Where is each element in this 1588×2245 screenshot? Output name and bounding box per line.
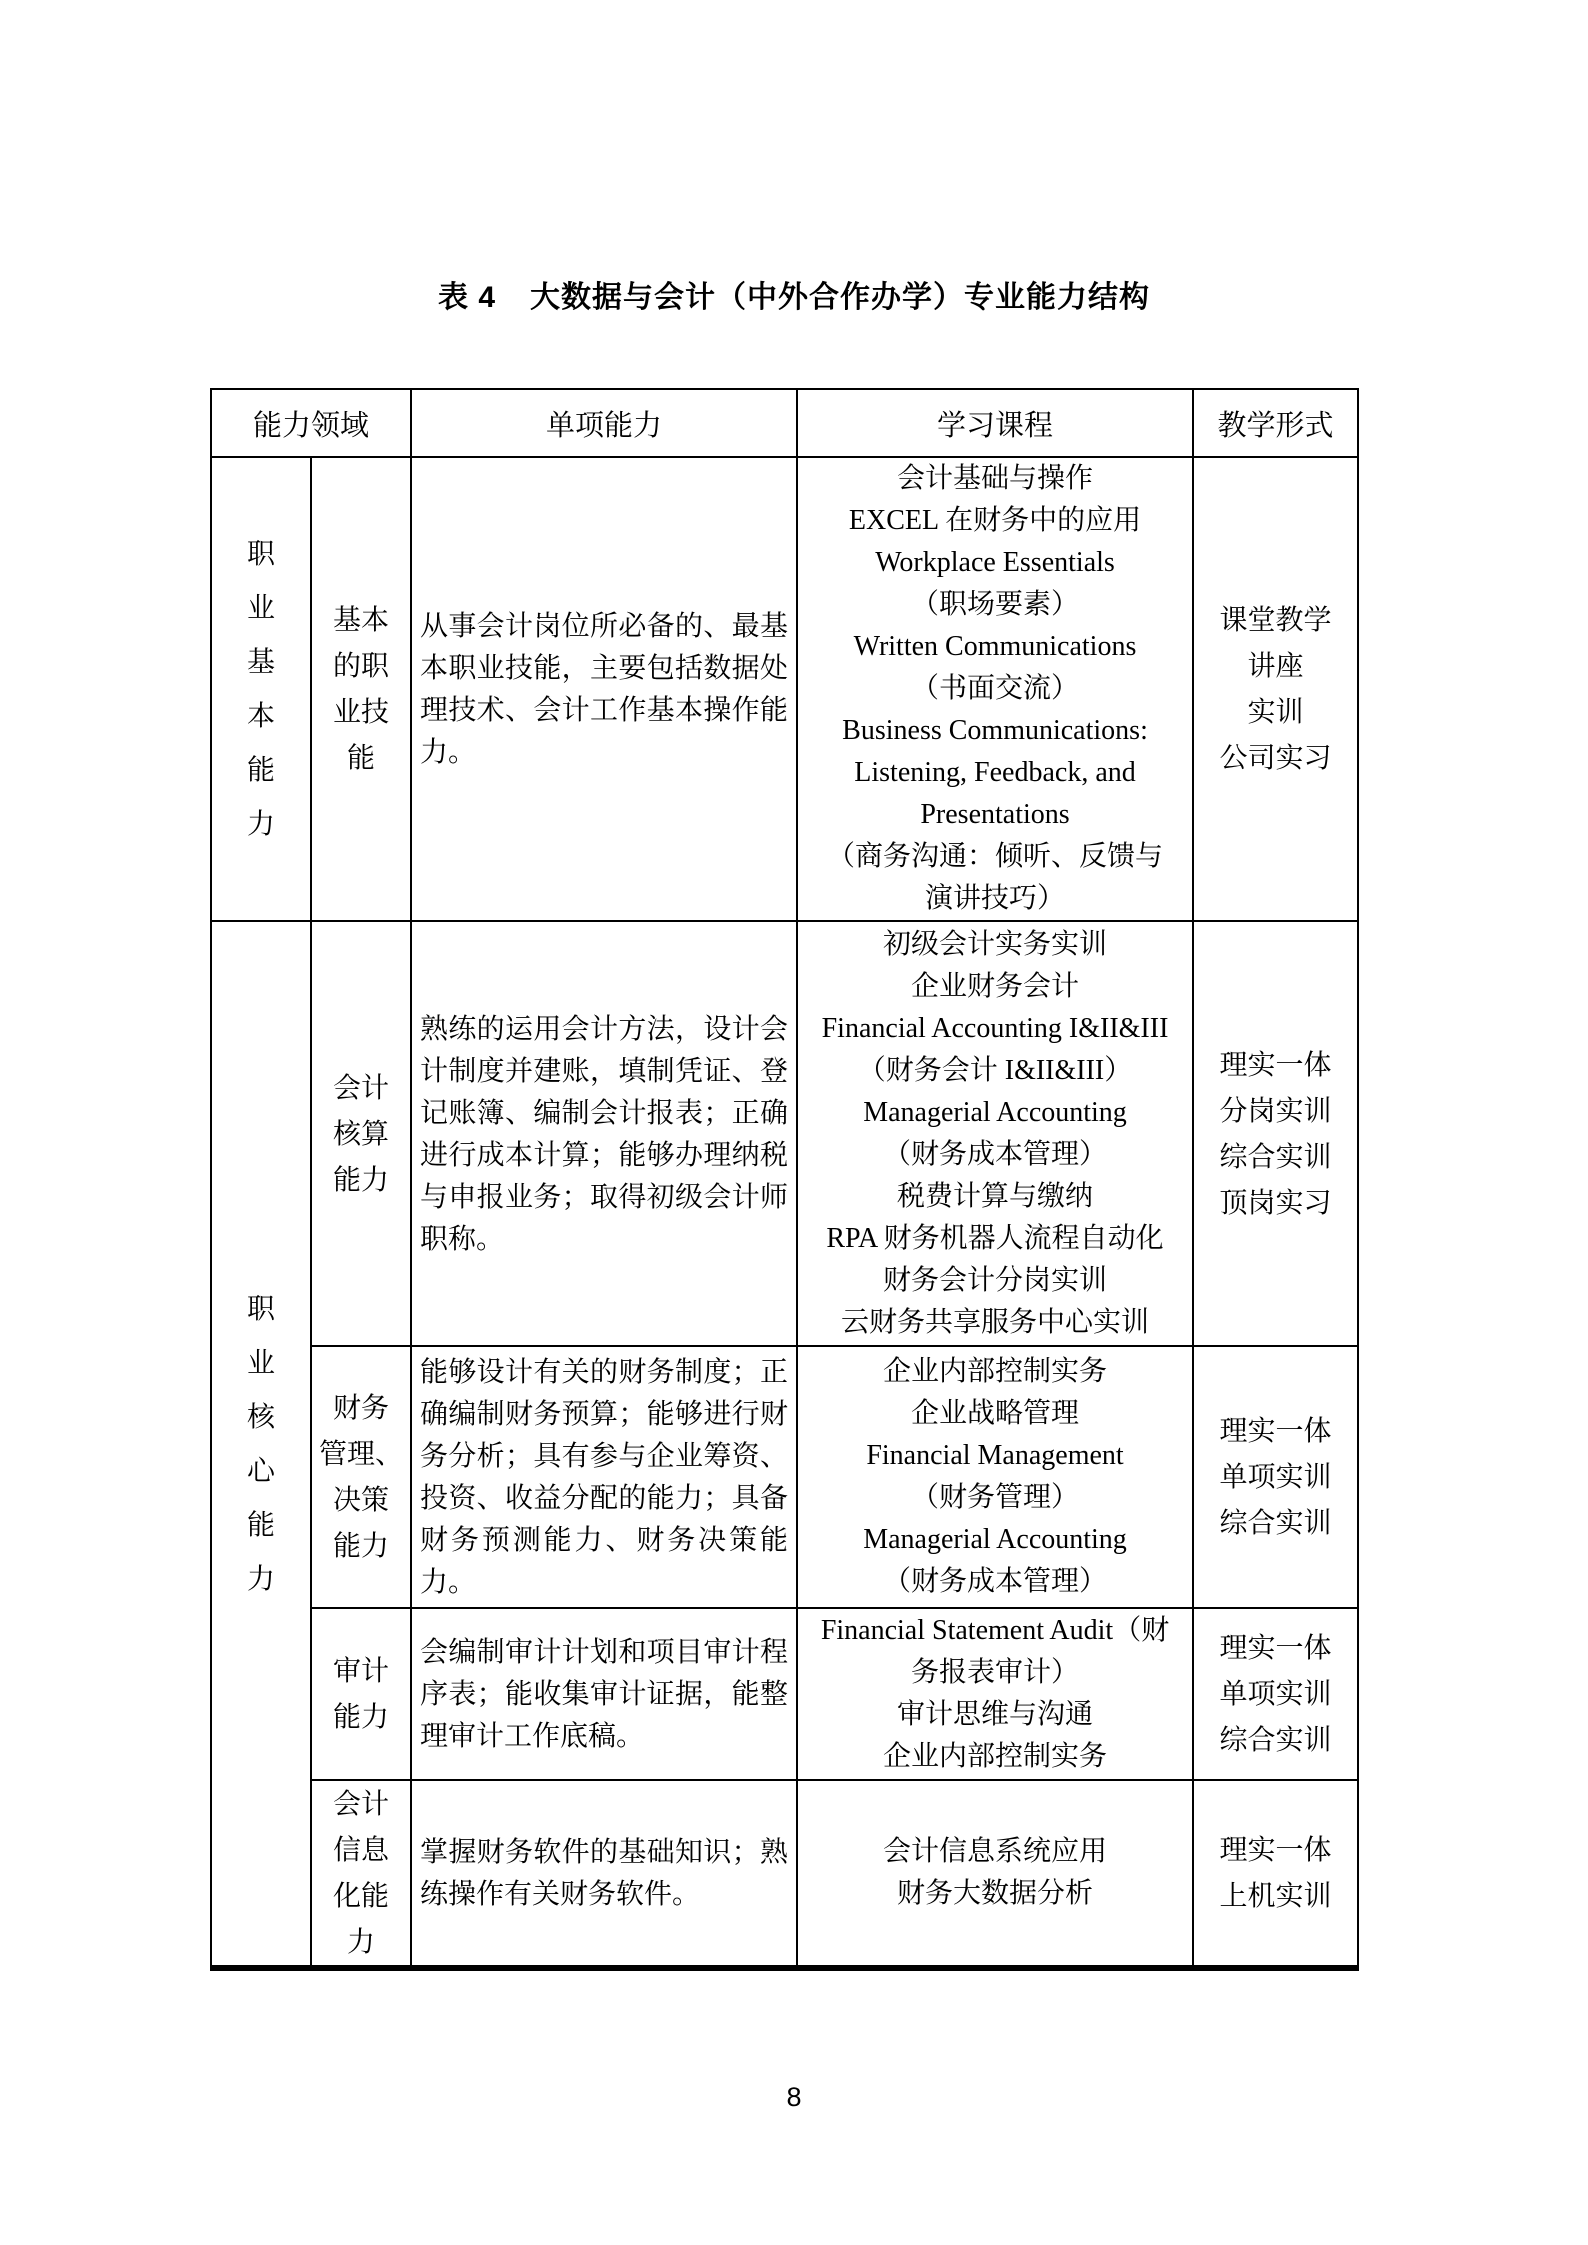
forms-cell-accounting: 理实一体 分岗实训 综合实训 顶岗实习 (1193, 921, 1358, 1346)
ability-cell-audit: 会编制审计计划和项目审计程序表；能收集审计证据，能整理审计工作底稿。 (411, 1608, 797, 1780)
table-row: 财务 管理、 决策 能力 能够设计有关的财务制度；正确编制财务预算；能够进行财务… (211, 1346, 1358, 1608)
forms-cell-accounting-informatization: 理实一体 上机实训 (1193, 1780, 1358, 1968)
ability-cell-financial-management: 能够设计有关的财务制度；正确编制财务预算；能够进行财务分析；具有参与企业筹资、投… (411, 1346, 797, 1608)
table-title-text: 大数据与会计（中外合作办学）专业能力结构 (530, 281, 1150, 315)
forms-cell-basic-skill: 课堂教学 讲座 实训 公司实习 (1193, 457, 1358, 921)
table-row: 审计 能力 会编制审计计划和项目审计程序表；能收集审计证据，能整理审计工作底稿。… (211, 1608, 1358, 1780)
courses-cell-accounting: 初级会计实务实训 企业财务会计 Financial Accounting I&I… (797, 921, 1193, 1346)
category-cell-accounting: 会计 核算 能力 (311, 921, 411, 1346)
group-cell-core-ability: 职 业 核 心 能 力 (211, 921, 311, 1968)
category-cell-accounting-informatization: 会计 信息 化能 力 (311, 1780, 411, 1968)
table-row: 职 业 核 心 能 力 会计 核算 能力 熟练的运用会计方法，设计会计制度并建账… (211, 921, 1358, 1346)
ability-structure-table: 能力领域 单项能力 学习课程 教学形式 职 业 基 本 能 力 基本 的职 业技… (210, 388, 1359, 1971)
header-cell-teaching-form: 教学形式 (1193, 389, 1358, 457)
category-cell-basic-skill: 基本 的职 业技 能 (311, 457, 411, 921)
ability-cell-basic-skill: 从事会计岗位所必备的、最基本职业技能，主要包括数据处理技术、会计工作基本操作能力… (411, 457, 797, 921)
ability-cell-accounting: 熟练的运用会计方法，设计会计制度并建账，填制凭证、登记账簿、编制会计报表；正确进… (411, 921, 797, 1346)
table-number-label: 表 4 (438, 281, 496, 315)
forms-cell-financial-management: 理实一体 单项实训 综合实训 (1193, 1346, 1358, 1608)
header-cell-courses: 学习课程 (797, 389, 1193, 457)
table-header-row: 能力领域 单项能力 学习课程 教学形式 (211, 389, 1358, 457)
table-row: 会计 信息 化能 力 掌握财务软件的基础知识；熟练操作有关财务软件。 会计信息系… (211, 1780, 1358, 1968)
category-cell-financial-management: 财务 管理、 决策 能力 (311, 1346, 411, 1608)
courses-cell-basic-skill: 会计基础与操作 EXCEL 在财务中的应用 Workplace Essentia… (797, 457, 1193, 921)
ability-cell-accounting-informatization: 掌握财务软件的基础知识；熟练操作有关财务软件。 (411, 1780, 797, 1968)
forms-cell-audit: 理实一体 单项实训 综合实训 (1193, 1608, 1358, 1780)
page-number: 8 (0, 2082, 1588, 2113)
group-cell-basic-ability: 职 业 基 本 能 力 (211, 457, 311, 921)
courses-cell-financial-management: 企业内部控制实务 企业战略管理 Financial Management （财务… (797, 1346, 1193, 1608)
table-row: 职 业 基 本 能 力 基本 的职 业技 能 从事会计岗位所必备的、最基本职业技… (211, 457, 1358, 921)
courses-cell-audit: Financial Statement Audit（财 务报表审计） 审计思维与… (797, 1608, 1193, 1780)
header-cell-ability-domain: 能力领域 (211, 389, 411, 457)
header-cell-single-ability: 单项能力 (411, 389, 797, 457)
page-title: 表 4 大数据与会计（中外合作办学）专业能力结构 (0, 281, 1588, 315)
document-page: 表 4 大数据与会计（中外合作办学）专业能力结构 能力领域 单项能力 学习课程 … (0, 0, 1588, 2245)
courses-cell-accounting-informatization: 会计信息系统应用 财务大数据分析 (797, 1780, 1193, 1968)
category-cell-audit: 审计 能力 (311, 1608, 411, 1780)
